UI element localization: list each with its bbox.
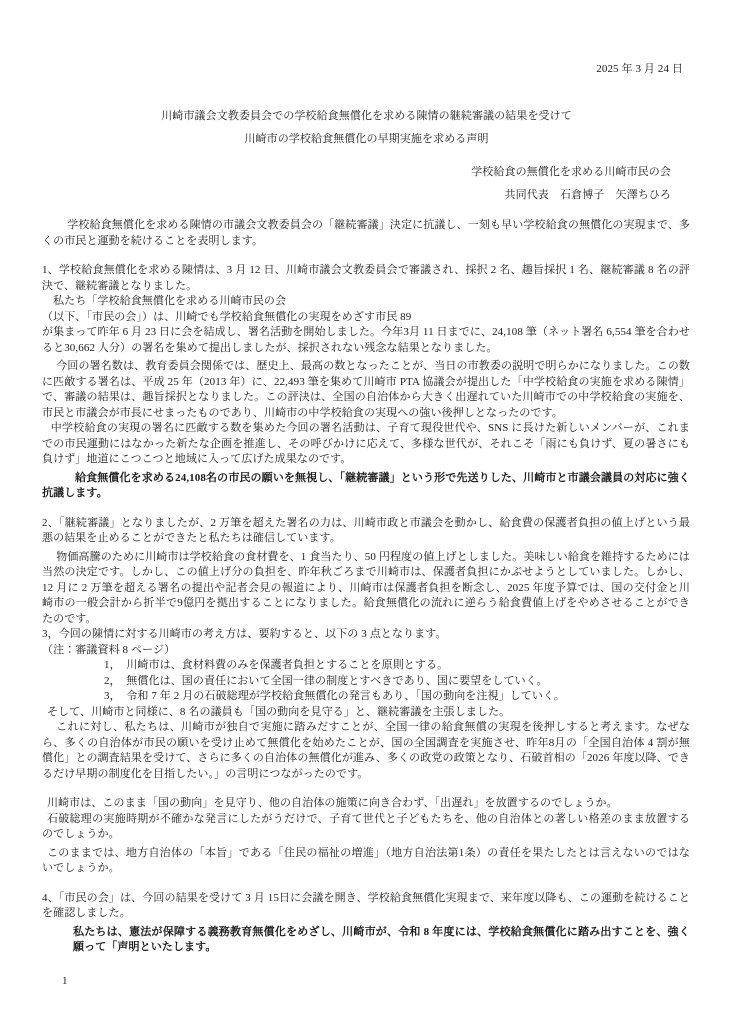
paragraph-opening-statement: 学校給食無償化を求める陳情の市議会文教委員会の「継続審議」決定に抗議し、一刻も早… <box>42 218 690 249</box>
document-body: 学校給食無償化を求める陳情の市議会文教委員会の「継続審議」決定に抗議し、一刻も早… <box>0 218 733 956</box>
paragraph-counter-argument: これに対し、私たちは、川崎市が独自で実施に踏みだすことが、全国一律の給食無償の実… <box>42 720 690 782</box>
paragraph-question-1: 川崎市は、このまま「国の動向」を見守り、他の自治体の施策に向き合わず、「出遅れ」… <box>42 796 690 812</box>
paragraph-closing-declaration: 私たちは、憲法が保障する義務教育無償化をめざし、川崎市が、令和 8 年度には、学… <box>73 925 690 956</box>
representatives-names: 共同代表 石倉博子 矢澤ちひろ <box>0 184 671 207</box>
paragraph-signature-count: が集まって昨年 6 月 23 日に会を結成し、署名活動を開始しました。今年3月 … <box>42 325 690 356</box>
city-position-item-2: 2， 無償化は、国の責任において全国一律の制度とすべきであり、国に要望をしていく… <box>104 674 690 690</box>
organization-name: 学校給食の無償化を求める川崎市民の会 <box>0 161 671 184</box>
paragraph-price-increase: 物価高騰のために川崎市は学校給食の食材費を、1 食当たり、50 円程度の値上げと… <box>42 550 690 628</box>
document-date: 2025 年 3 月 24 日 <box>0 0 733 77</box>
paragraph-section1-intro: 1、学校給食無償化を求める陳情は、3 月 12 日、川崎市議会文教委員会で審議さ… <box>42 263 690 294</box>
paragraph-record-number: 今回の署名数は、教育委員会関係では、歴史上、最高の数となったことが、当日の市教委… <box>42 359 690 421</box>
paragraph-section4-intro: 4、「市民の会」は、今回の結果を受けて 3 月 15日に会議を開き、学校給食無償… <box>42 891 690 922</box>
paragraph-section2-intro: 2、「継続審議」となりましたが、2 万筆を超えた署名の力は、川崎市政と市議会を動… <box>42 516 690 547</box>
paragraph-campaign-detail: 中学校給食の実現の署名に匹敵する数を集めた今回の署名活動は、子育て現役世代や、S… <box>42 421 690 468</box>
paragraph-council-position: そして、川崎市と同様に、8 名の議員も「国の動向を見守る」と、継続審議を主張しま… <box>42 705 690 721</box>
document-title-line1: 川崎市議会文教委員会での学校給食無償化を求める陳情の継続審議の結果を受けて <box>0 105 733 128</box>
paragraph-protest-statement: 給食無償化を求める24,108名の市民の願いを無視し、「継続審議」という形で先送… <box>42 471 690 502</box>
city-position-item-3: 3， 令和 7 年 2 月の石破総理が学校給食無償化の発言もあり、「国の動向を注… <box>104 689 690 705</box>
paragraph-group-definition: （以下、「市民の会」）は、川崎でも学校給食無償化の実現をめざす市民 89 <box>42 310 690 326</box>
page-number: 1 <box>62 974 68 988</box>
paragraph-question-3: このままでは、地方自治体の「本旨」である「住民の福祉の増進」（地方自治法第1条）… <box>42 846 690 877</box>
paragraph-group-name: 私たち「学校給食無償化を求める川崎市民の会 <box>42 294 690 310</box>
document-page: 2025 年 3 月 24 日 川崎市議会文教委員会での学校給食無償化を求める陳… <box>0 0 733 1024</box>
signature-block: 学校給食の無償化を求める川崎市民の会 共同代表 石倉博子 矢澤ちひろ <box>0 161 733 207</box>
reference-note: （注：審議資料 8 ページ） <box>42 643 690 659</box>
document-title: 川崎市議会文教委員会での学校給食無償化を求める陳情の継続審議の結果を受けて 川崎… <box>0 105 733 151</box>
paragraph-question-2: 石破総理の実施時期が不確かな発言にしたがうだけで、子育て世代と子どもたちを、他の… <box>42 812 690 843</box>
document-title-line2: 川崎市の学校給食無償化の早期実施を求める声明 <box>0 128 733 151</box>
city-position-item-1: 1， 川崎市は、食材料費のみを保護者負担とすることを原則とする。 <box>104 658 690 674</box>
paragraph-section3-intro: 3，今回の陳情に対する川崎市の考え方は、要約すると、以下の 3 点となります。 <box>42 627 690 643</box>
